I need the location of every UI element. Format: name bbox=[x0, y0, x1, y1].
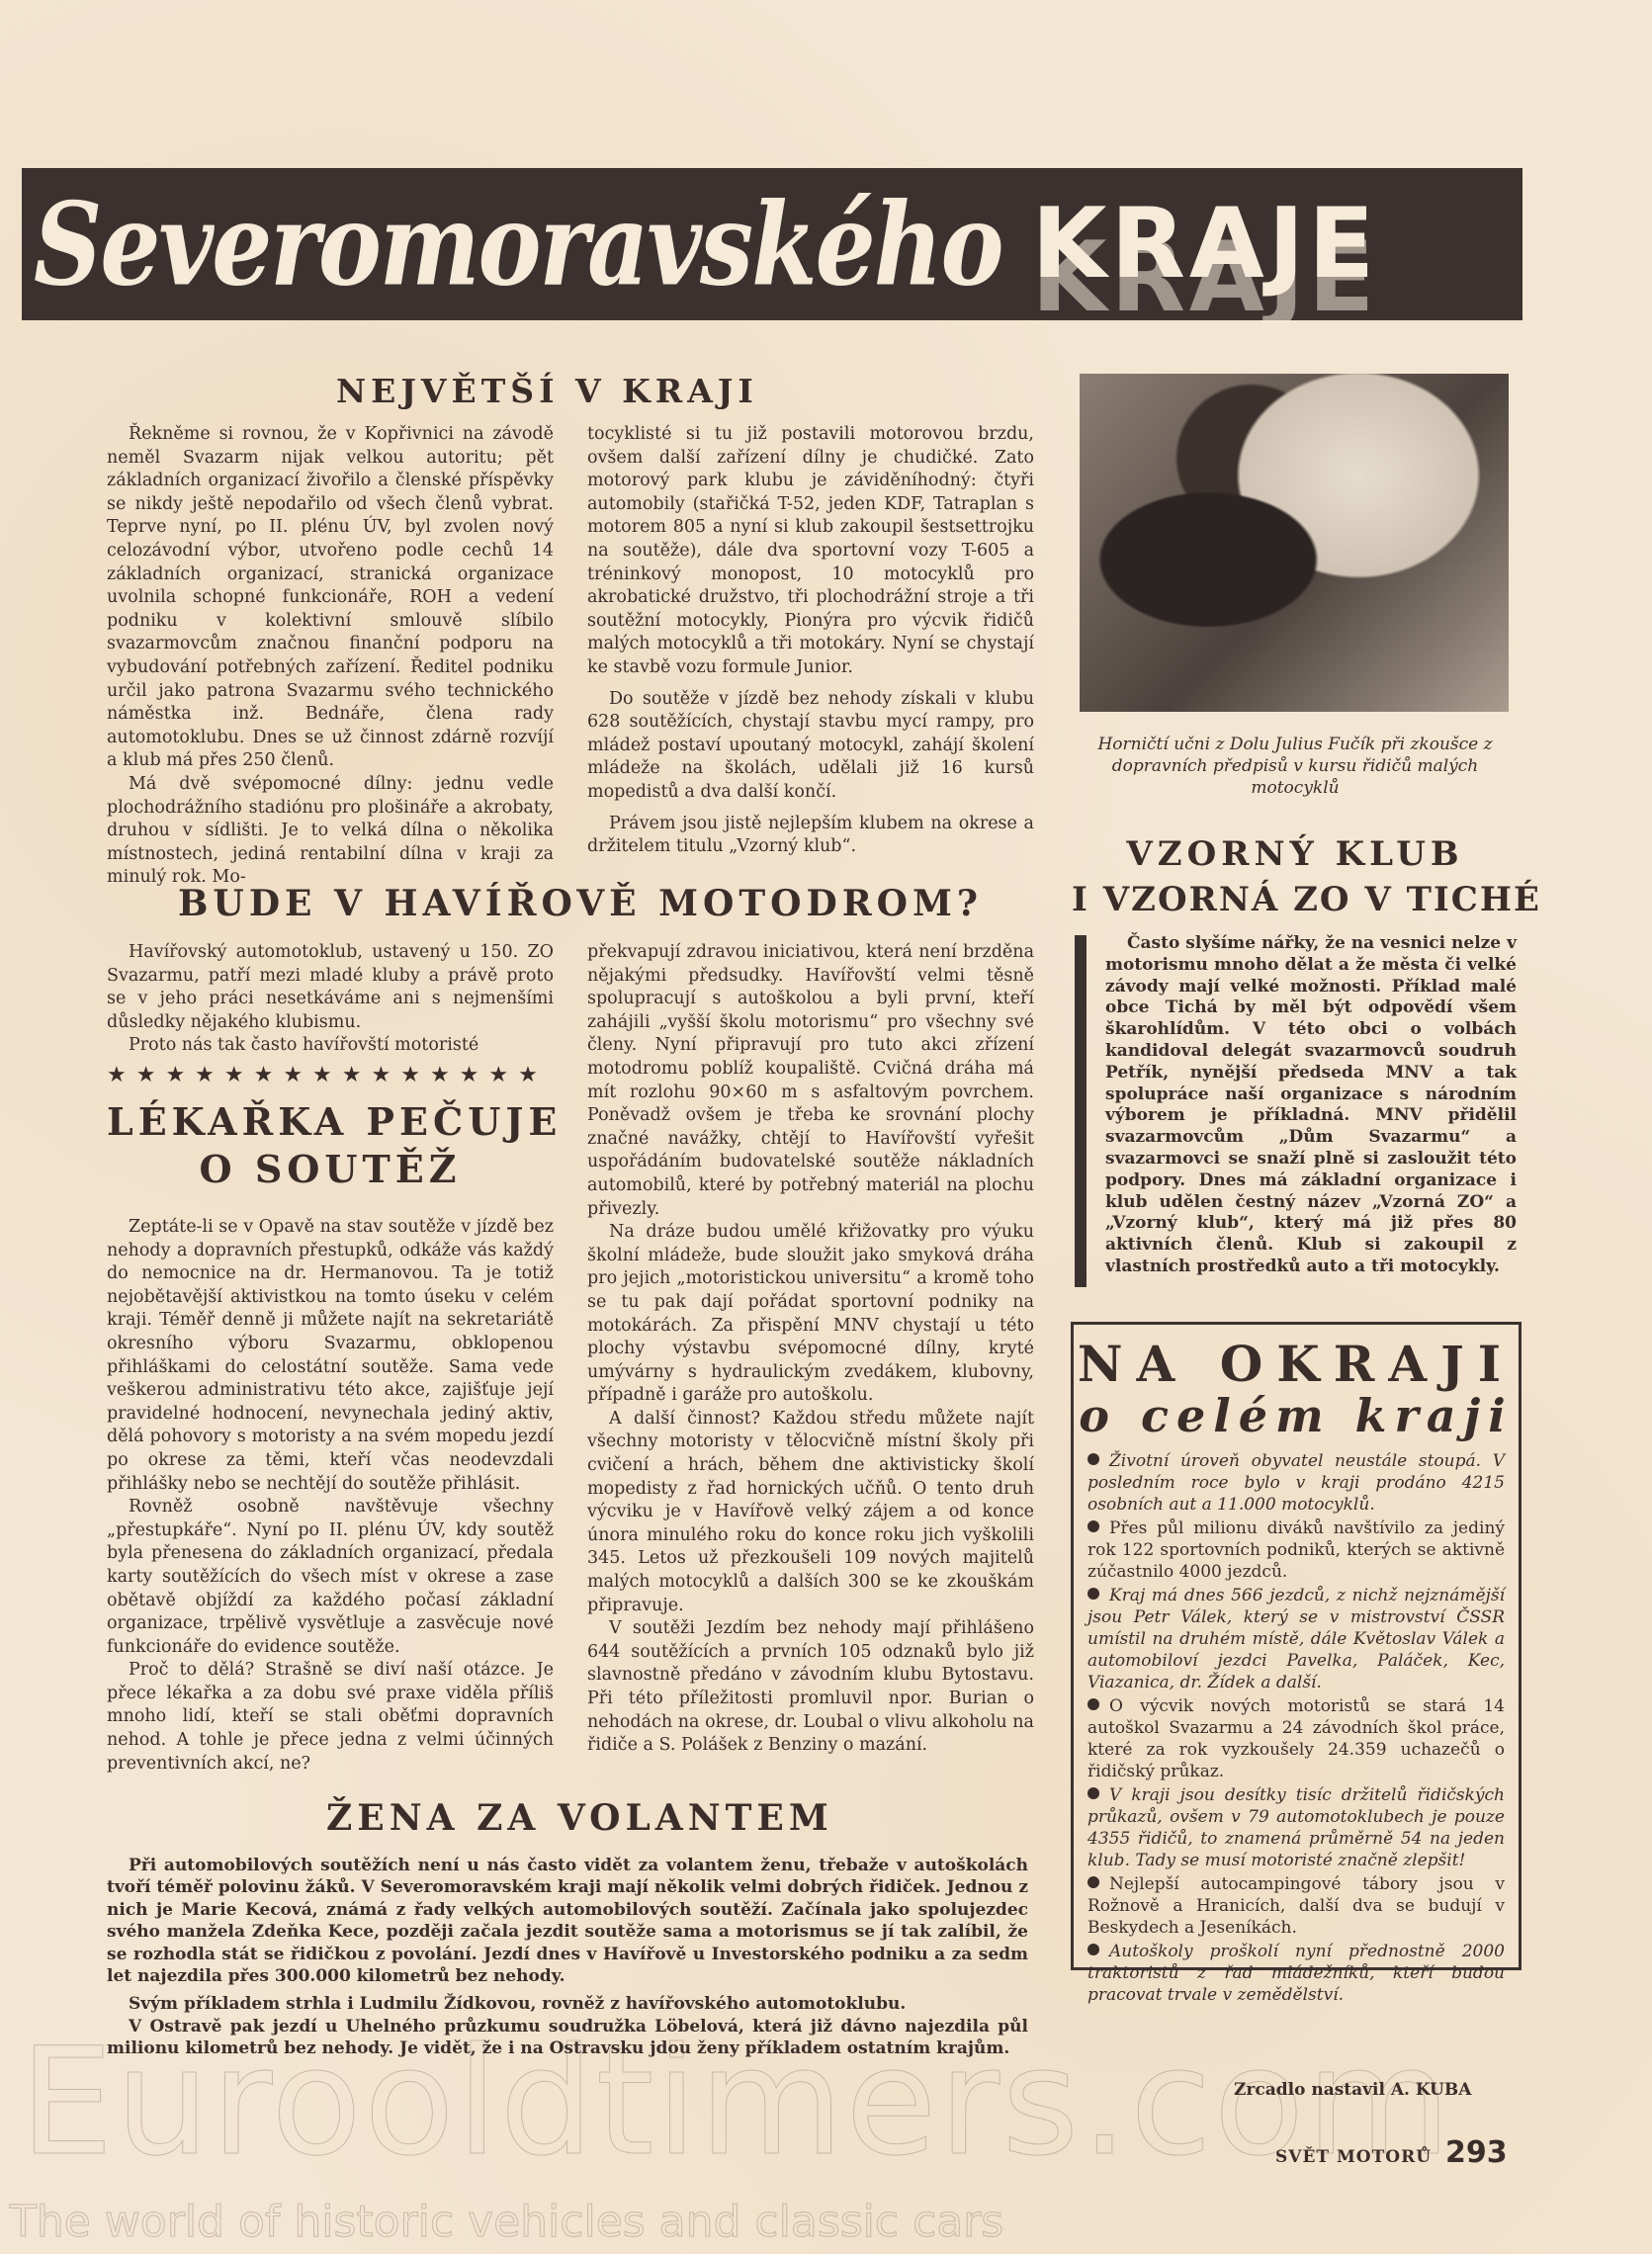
list-item: Autoškoly proškolí nyní přednostně 2000 … bbox=[1087, 1941, 1505, 2006]
sidebar-rule bbox=[1075, 935, 1087, 1287]
magazine-name: SVĚT MOTORŮ bbox=[1275, 2147, 1432, 2167]
star-separator: ★★★★★★★★★★★★★★★ bbox=[107, 1063, 548, 1087]
page-number: 293 bbox=[1445, 2135, 1508, 2170]
na-okraji-title: NA OKRAJI bbox=[1074, 1335, 1519, 1393]
paragraph: Při automobilových soutěžích není u nás … bbox=[107, 1855, 1028, 1987]
paragraph: V Ostravě pak jezdí u Uhelného průzkumu … bbox=[107, 2016, 1028, 2060]
banner-script-title: Severomoravského bbox=[22, 177, 1002, 311]
na-okraji-list: Životní úroveň obyvatel neustále stoupá.… bbox=[1074, 1442, 1519, 2006]
page-footer: SVĚT MOTORŮ 293 bbox=[1275, 2135, 1508, 2170]
page-banner: Severomoravského KRAJE bbox=[22, 168, 1522, 320]
article-havirov-col2: překvapují zdravou iniciativou, která ne… bbox=[587, 941, 1034, 1758]
list-item: Kraj má dnes 566 jezdců, z nichž nejznám… bbox=[1087, 1585, 1505, 1693]
bullet-icon bbox=[1087, 1588, 1099, 1600]
banner-block-title: KRAJE bbox=[1032, 188, 1379, 301]
paragraph: Právem jsou jistě nejlepším klubem na ok… bbox=[587, 813, 1034, 859]
article-havirov-col1: Havířovský automotoklub, ustavený u 150.… bbox=[107, 941, 554, 1058]
paragraph: Často slyšíme nářky, že na vesnici nelze… bbox=[1105, 933, 1517, 1278]
na-okraji-subtitle: o celém kraji bbox=[1074, 1389, 1519, 1442]
bullet-icon bbox=[1087, 1876, 1099, 1888]
paragraph: A další činnost? Každou středu můžete na… bbox=[587, 1408, 1034, 1617]
list-item: Nejlepší autocampingové tábory jsou v Ro… bbox=[1087, 1873, 1505, 1939]
paragraph: Zeptáte-li se v Opavě na stav soutěže v … bbox=[107, 1216, 554, 1496]
paragraph: tocyklisté si tu již postavili motorovou… bbox=[587, 423, 1034, 680]
paragraph: Proč to dělá? Strašně se diví naší otázc… bbox=[107, 1659, 554, 1776]
paragraph: překvapují zdravou iniciativou, která ne… bbox=[587, 941, 1034, 1221]
author-credit: Zrcadlo nastavil A. KUBA bbox=[1234, 2080, 1471, 2100]
bullet-icon bbox=[1087, 1944, 1099, 1955]
article-ticha: Často slyšíme nářky, že na vesnici nelze… bbox=[1105, 933, 1517, 1278]
article-nejvetsi-col1: Řekněme si rovnou, že v Kopřivnici na zá… bbox=[107, 423, 554, 890]
paragraph: V soutěži Jezdím bez nehody mají přihláš… bbox=[587, 1617, 1034, 1758]
photo-caption: Horničtí učni z Dolu Julius Fučík při zk… bbox=[1072, 734, 1519, 799]
bullet-icon bbox=[1087, 1698, 1099, 1710]
paragraph: Proto nás tak často havířovští motoristé bbox=[107, 1034, 554, 1058]
paragraph: Řekněme si rovnou, že v Kopřivnici na zá… bbox=[107, 423, 554, 773]
headline-nejvetsi: NEJVĚTŠÍ V KRAJI bbox=[336, 372, 758, 410]
list-item: V kraji jsou desítky tisíc držitelů řidi… bbox=[1087, 1784, 1505, 1871]
bullet-icon bbox=[1087, 1453, 1099, 1465]
paragraph: Rovněž osobně navštěvuje všechny „přestu… bbox=[107, 1496, 554, 1659]
article-lekarka: Zeptáte-li se v Opavě na stav soutěže v … bbox=[107, 1216, 554, 1776]
headline-ticha-line1: VZORNÝ KLUB bbox=[1072, 834, 1519, 874]
paragraph: Do soutěže v jízdě bez nehody získali v … bbox=[587, 688, 1034, 805]
headline-lekarka-line1: LÉKAŘKA PEČUJE bbox=[107, 1099, 554, 1144]
article-zena: Při automobilových soutěžích není u nás … bbox=[107, 1855, 1028, 2060]
na-okraji-box: NA OKRAJI o celém kraji Životní úroveň o… bbox=[1071, 1322, 1522, 1970]
headline-zena: ŽENA ZA VOLANTEM bbox=[326, 1797, 833, 1839]
list-item: Životní úroveň obyvatel neustále stoupá.… bbox=[1087, 1450, 1505, 1516]
headline-havirov: BUDE V HAVÍŘOVĚ MOTODROM? bbox=[178, 883, 983, 924]
paragraph: Má dvě svépomocné dílny: jednu vedle plo… bbox=[107, 773, 554, 890]
bullet-icon bbox=[1087, 1787, 1099, 1799]
list-item: O výcvik nových motoristů se stará 14 au… bbox=[1087, 1695, 1505, 1782]
photo-apprentices bbox=[1080, 374, 1509, 712]
bullet-icon bbox=[1087, 1520, 1099, 1532]
headline-ticha-line2: I VZORNÁ ZO V TICHÉ bbox=[1072, 880, 1519, 919]
headline-lekarka-line2: O SOUTĚŽ bbox=[107, 1147, 554, 1191]
paragraph: Na dráze budou umělé křižovatky pro výuk… bbox=[587, 1221, 1034, 1408]
article-nejvetsi-col2: tocyklisté si tu již postavili motorovou… bbox=[587, 423, 1034, 859]
paragraph: Svým příkladem strhla i Ludmilu Žídkovou… bbox=[107, 1993, 1028, 2015]
paragraph: Havířovský automotoklub, ustavený u 150.… bbox=[107, 941, 554, 1034]
list-item: Přes půl milionu diváků navštívilo za je… bbox=[1087, 1517, 1505, 1583]
watermark-tagline: The world of historic vehicles and class… bbox=[10, 2197, 1003, 2247]
